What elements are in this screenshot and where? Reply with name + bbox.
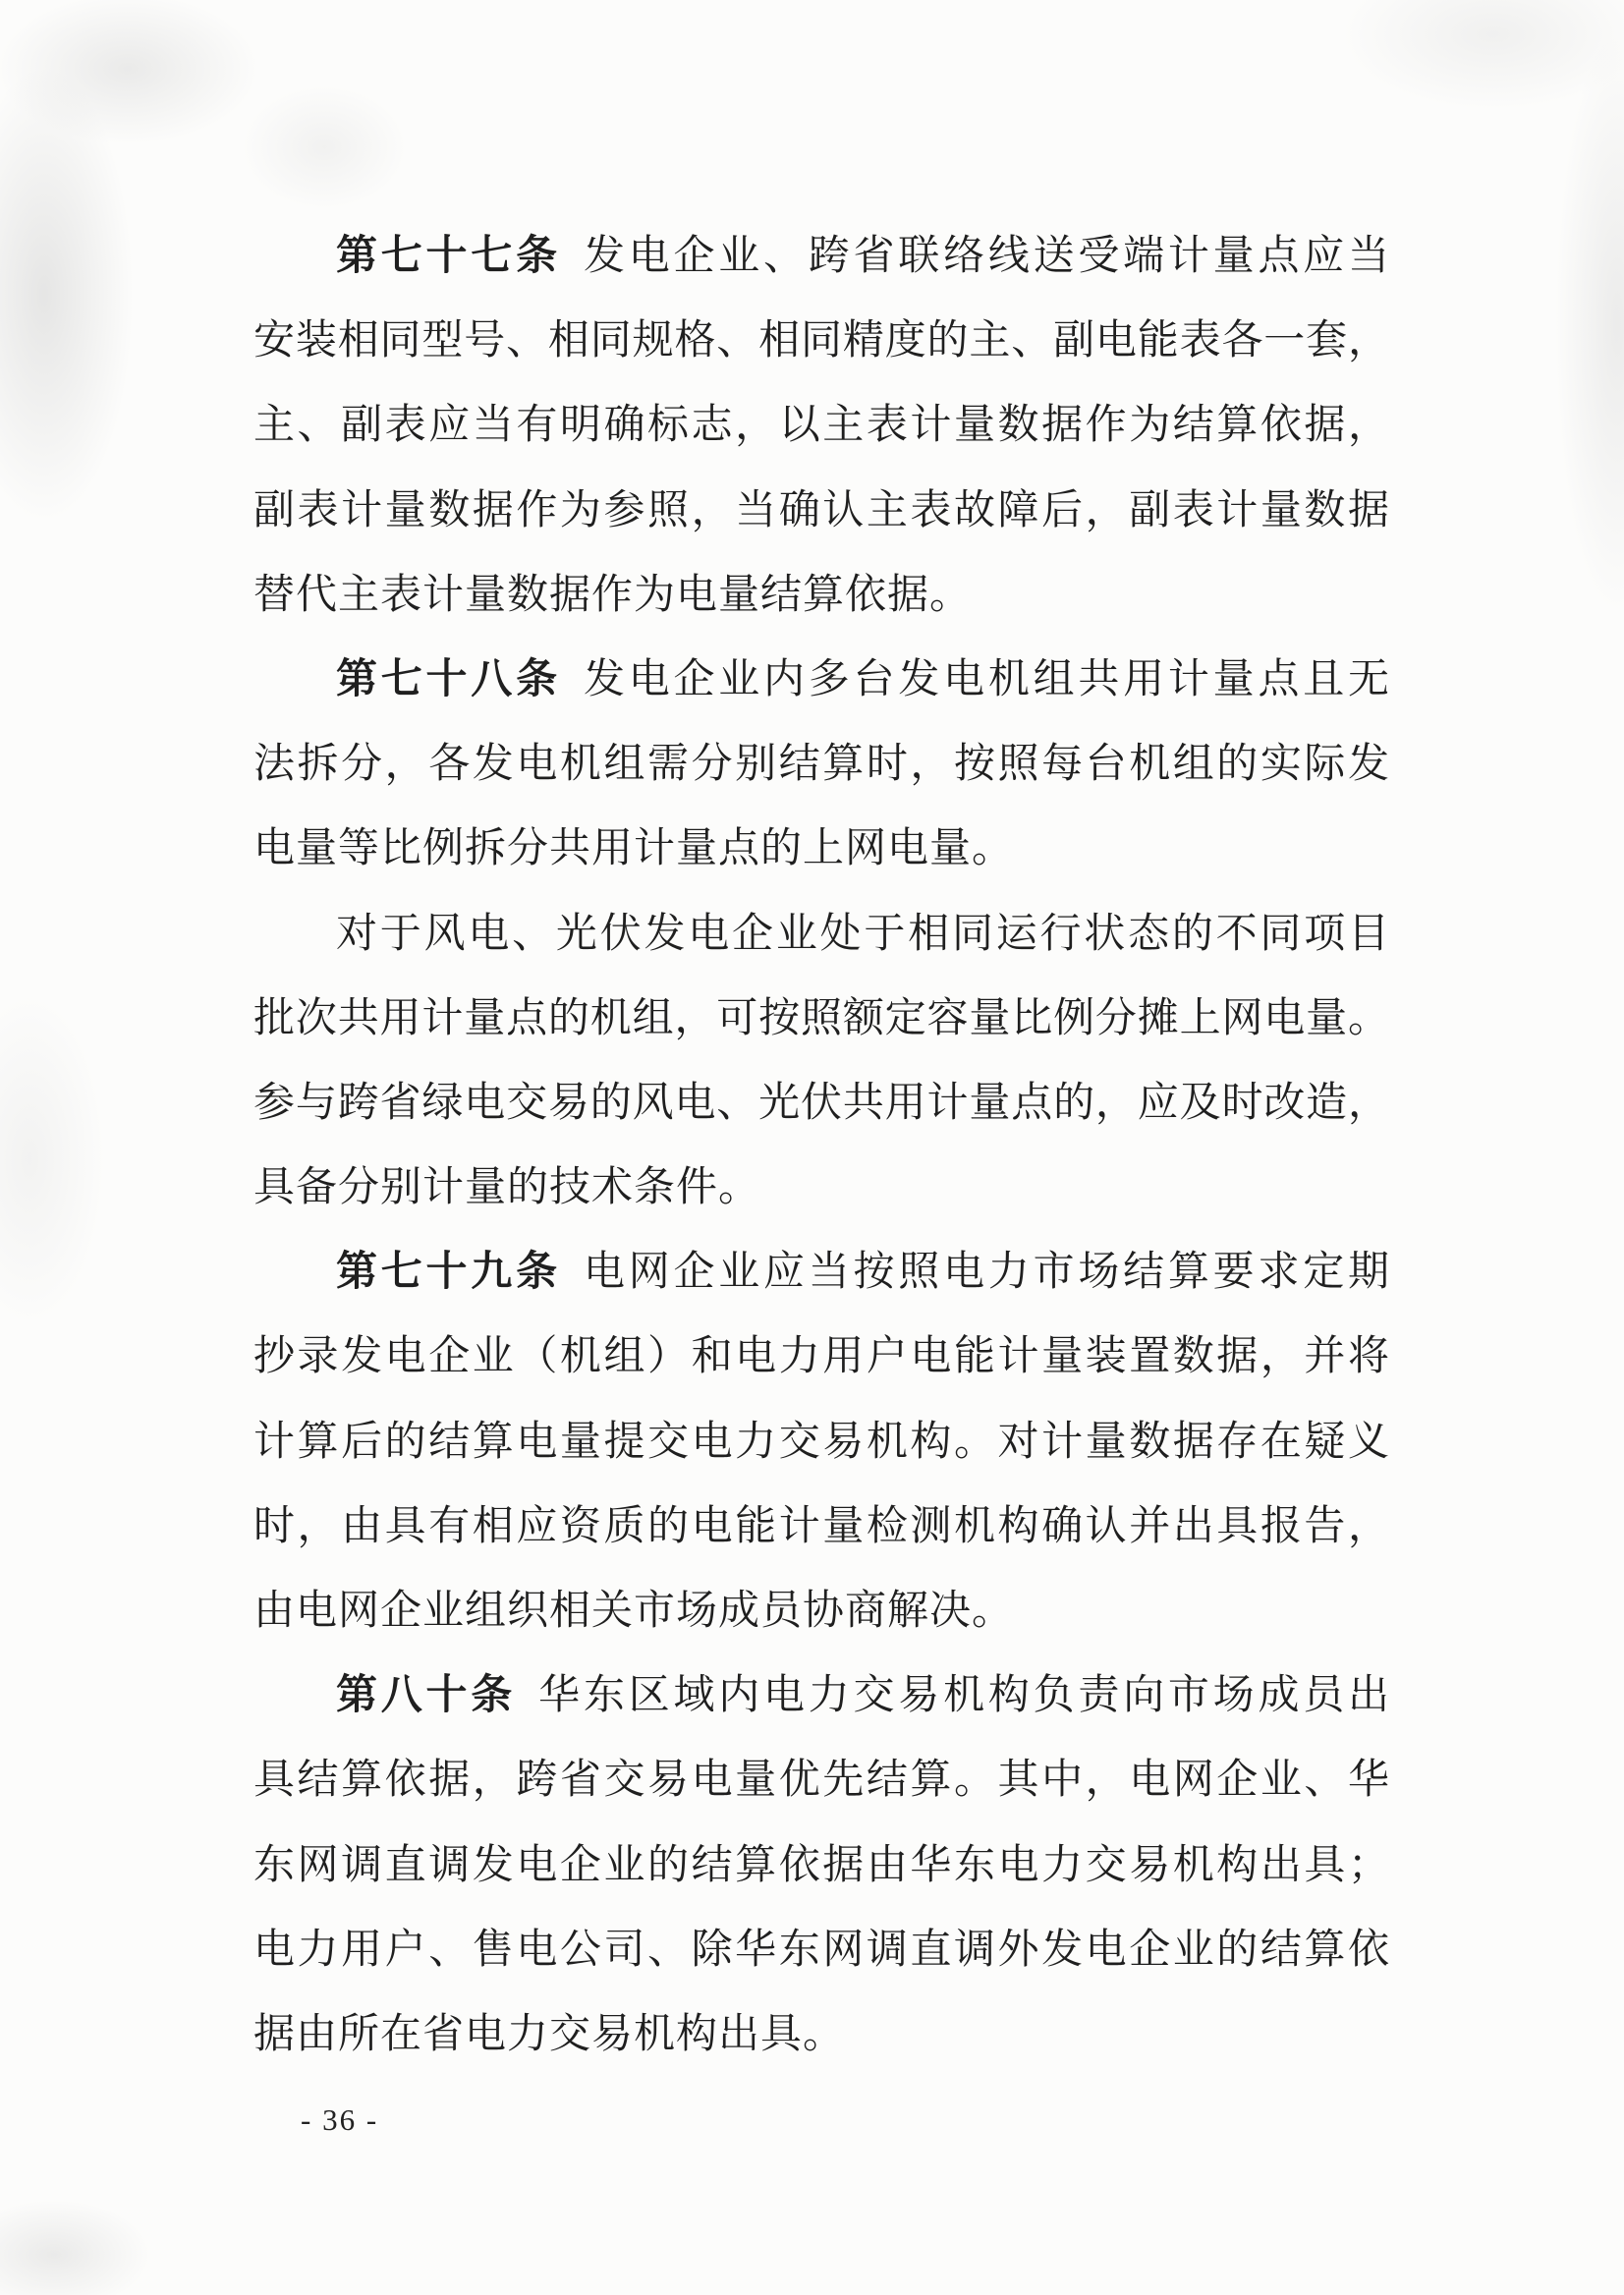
text-line: 第七十八条发电企业内多台发电机组共用计量点且无 (253, 638, 1389, 722)
text-line: 安装相同型号、相同规格、相同精度的主、副电能表各一套， (253, 299, 1389, 383)
line-text: 发电企业内多台发电机组共用计量点且无 (584, 657, 1389, 702)
line-text: 时，由具有相应资质的电能计量检测机构确认并出具报告， (253, 1504, 1389, 1549)
line-text: 华东区域内电力交易机构负责向市场成员出 (538, 1673, 1389, 1718)
line-text: 电力用户、售电公司、除华东网调直调外发电企业的结算依 (253, 1928, 1389, 1973)
article-number: 第七十八条 (336, 657, 561, 702)
text-line: 计算后的结算电量提交电力交易机构。对计量数据存在疑义 (253, 1400, 1389, 1484)
text-line: 第七十七条发电企业、跨省联络线送受端计量点应当 (253, 214, 1389, 299)
line-text: 批次共用计量点的机组，可按照额定容量比例分摊上网电量。 (253, 996, 1389, 1041)
article-number: 第七十七条 (336, 234, 561, 279)
line-text: 计算后的结算电量提交电力交易机构。对计量数据存在疑义 (253, 1420, 1389, 1465)
line-text: 发电企业、跨省联络线送受端计量点应当 (584, 234, 1389, 279)
text-line: 对于风电、光伏发电企业处于相同运行状态的不同项目 (253, 892, 1389, 977)
line-text: 具结算依据，跨省交易电量优先结算。其中，电网企业、华 (253, 1758, 1389, 1803)
text-line: 东网调直调发电企业的结算依据由华东电力交易机构出具； (253, 1823, 1389, 1908)
text-line: 替代主表计量数据作为电量结算依据。 (253, 553, 1389, 638)
text-line: 时，由具有相应资质的电能计量检测机构确认并出具报告， (253, 1484, 1389, 1569)
line-text: 主、副表应当有明确标志，以主表计量数据作为结算依据， (253, 403, 1389, 448)
line-text: 安装相同型号、相同规格、相同精度的主、副电能表各一套， (253, 318, 1389, 364)
line-text: 据由所在省电力交易机构出具。 (253, 2012, 845, 2057)
document-page: 第七十七条发电企业、跨省联络线送受端计量点应当 安装相同型号、相同规格、相同精度… (0, 0, 1624, 2295)
line-text: 对于风电、光伏发电企业处于相同运行状态的不同项目 (336, 912, 1389, 957)
page-number: - 36 - (301, 2101, 378, 2138)
text-line: 据由所在省电力交易机构出具。 (253, 1992, 1389, 2077)
line-text: 参与跨省绿电交易的风电、光伏共用计量点的，应及时改造， (253, 1081, 1389, 1126)
article-number: 第八十条 (336, 1673, 516, 1718)
document-body: 第七十七条发电企业、跨省联络线送受端计量点应当 安装相同型号、相同规格、相同精度… (253, 214, 1389, 2077)
text-line: 电力用户、售电公司、除华东网调直调外发电企业的结算依 (253, 1908, 1389, 1992)
line-text: 具备分别计量的技术条件。 (253, 1165, 760, 1210)
line-text: 电量等比例拆分共用计量点的上网电量。 (253, 826, 1014, 871)
line-text: 替代主表计量数据作为电量结算依据。 (253, 573, 972, 618)
text-line: 第八十条华东区域内电力交易机构负责向市场成员出 (253, 1653, 1389, 1738)
line-text: 由电网企业组织相关市场成员协商解决。 (253, 1589, 1014, 1634)
text-line: 第七十九条电网企业应当按照电力市场结算要求定期 (253, 1230, 1389, 1315)
line-text: 副表计量数据作为参照，当确认主表故障后，副表计量数据 (253, 488, 1389, 533)
text-line: 副表计量数据作为参照，当确认主表故障后，副表计量数据 (253, 469, 1389, 553)
text-line: 抄录发电企业（机组）和电力用户电能计量装置数据，并将 (253, 1315, 1389, 1399)
article-number: 第七十九条 (336, 1250, 561, 1295)
text-line: 参与跨省绿电交易的风电、光伏共用计量点的，应及时改造， (253, 1061, 1389, 1146)
line-text: 抄录发电企业（机组）和电力用户电能计量装置数据，并将 (253, 1334, 1389, 1379)
text-line: 主、副表应当有明确标志，以主表计量数据作为结算依据， (253, 383, 1389, 468)
line-text: 东网调直调发电企业的结算依据由华东电力交易机构出具； (253, 1843, 1389, 1888)
text-line: 具备分别计量的技术条件。 (253, 1146, 1389, 1230)
text-line: 由电网企业组织相关市场成员协商解决。 (253, 1569, 1389, 1653)
text-line: 电量等比例拆分共用计量点的上网电量。 (253, 807, 1389, 891)
line-text: 电网企业应当按照电力市场结算要求定期 (584, 1250, 1389, 1295)
text-line: 法拆分，各发电机组需分别结算时，按照每台机组的实际发 (253, 722, 1389, 807)
text-line: 具结算依据，跨省交易电量优先结算。其中，电网企业、华 (253, 1738, 1389, 1822)
line-text: 法拆分，各发电机组需分别结算时，按照每台机组的实际发 (253, 742, 1389, 787)
text-line: 批次共用计量点的机组，可按照额定容量比例分摊上网电量。 (253, 977, 1389, 1061)
